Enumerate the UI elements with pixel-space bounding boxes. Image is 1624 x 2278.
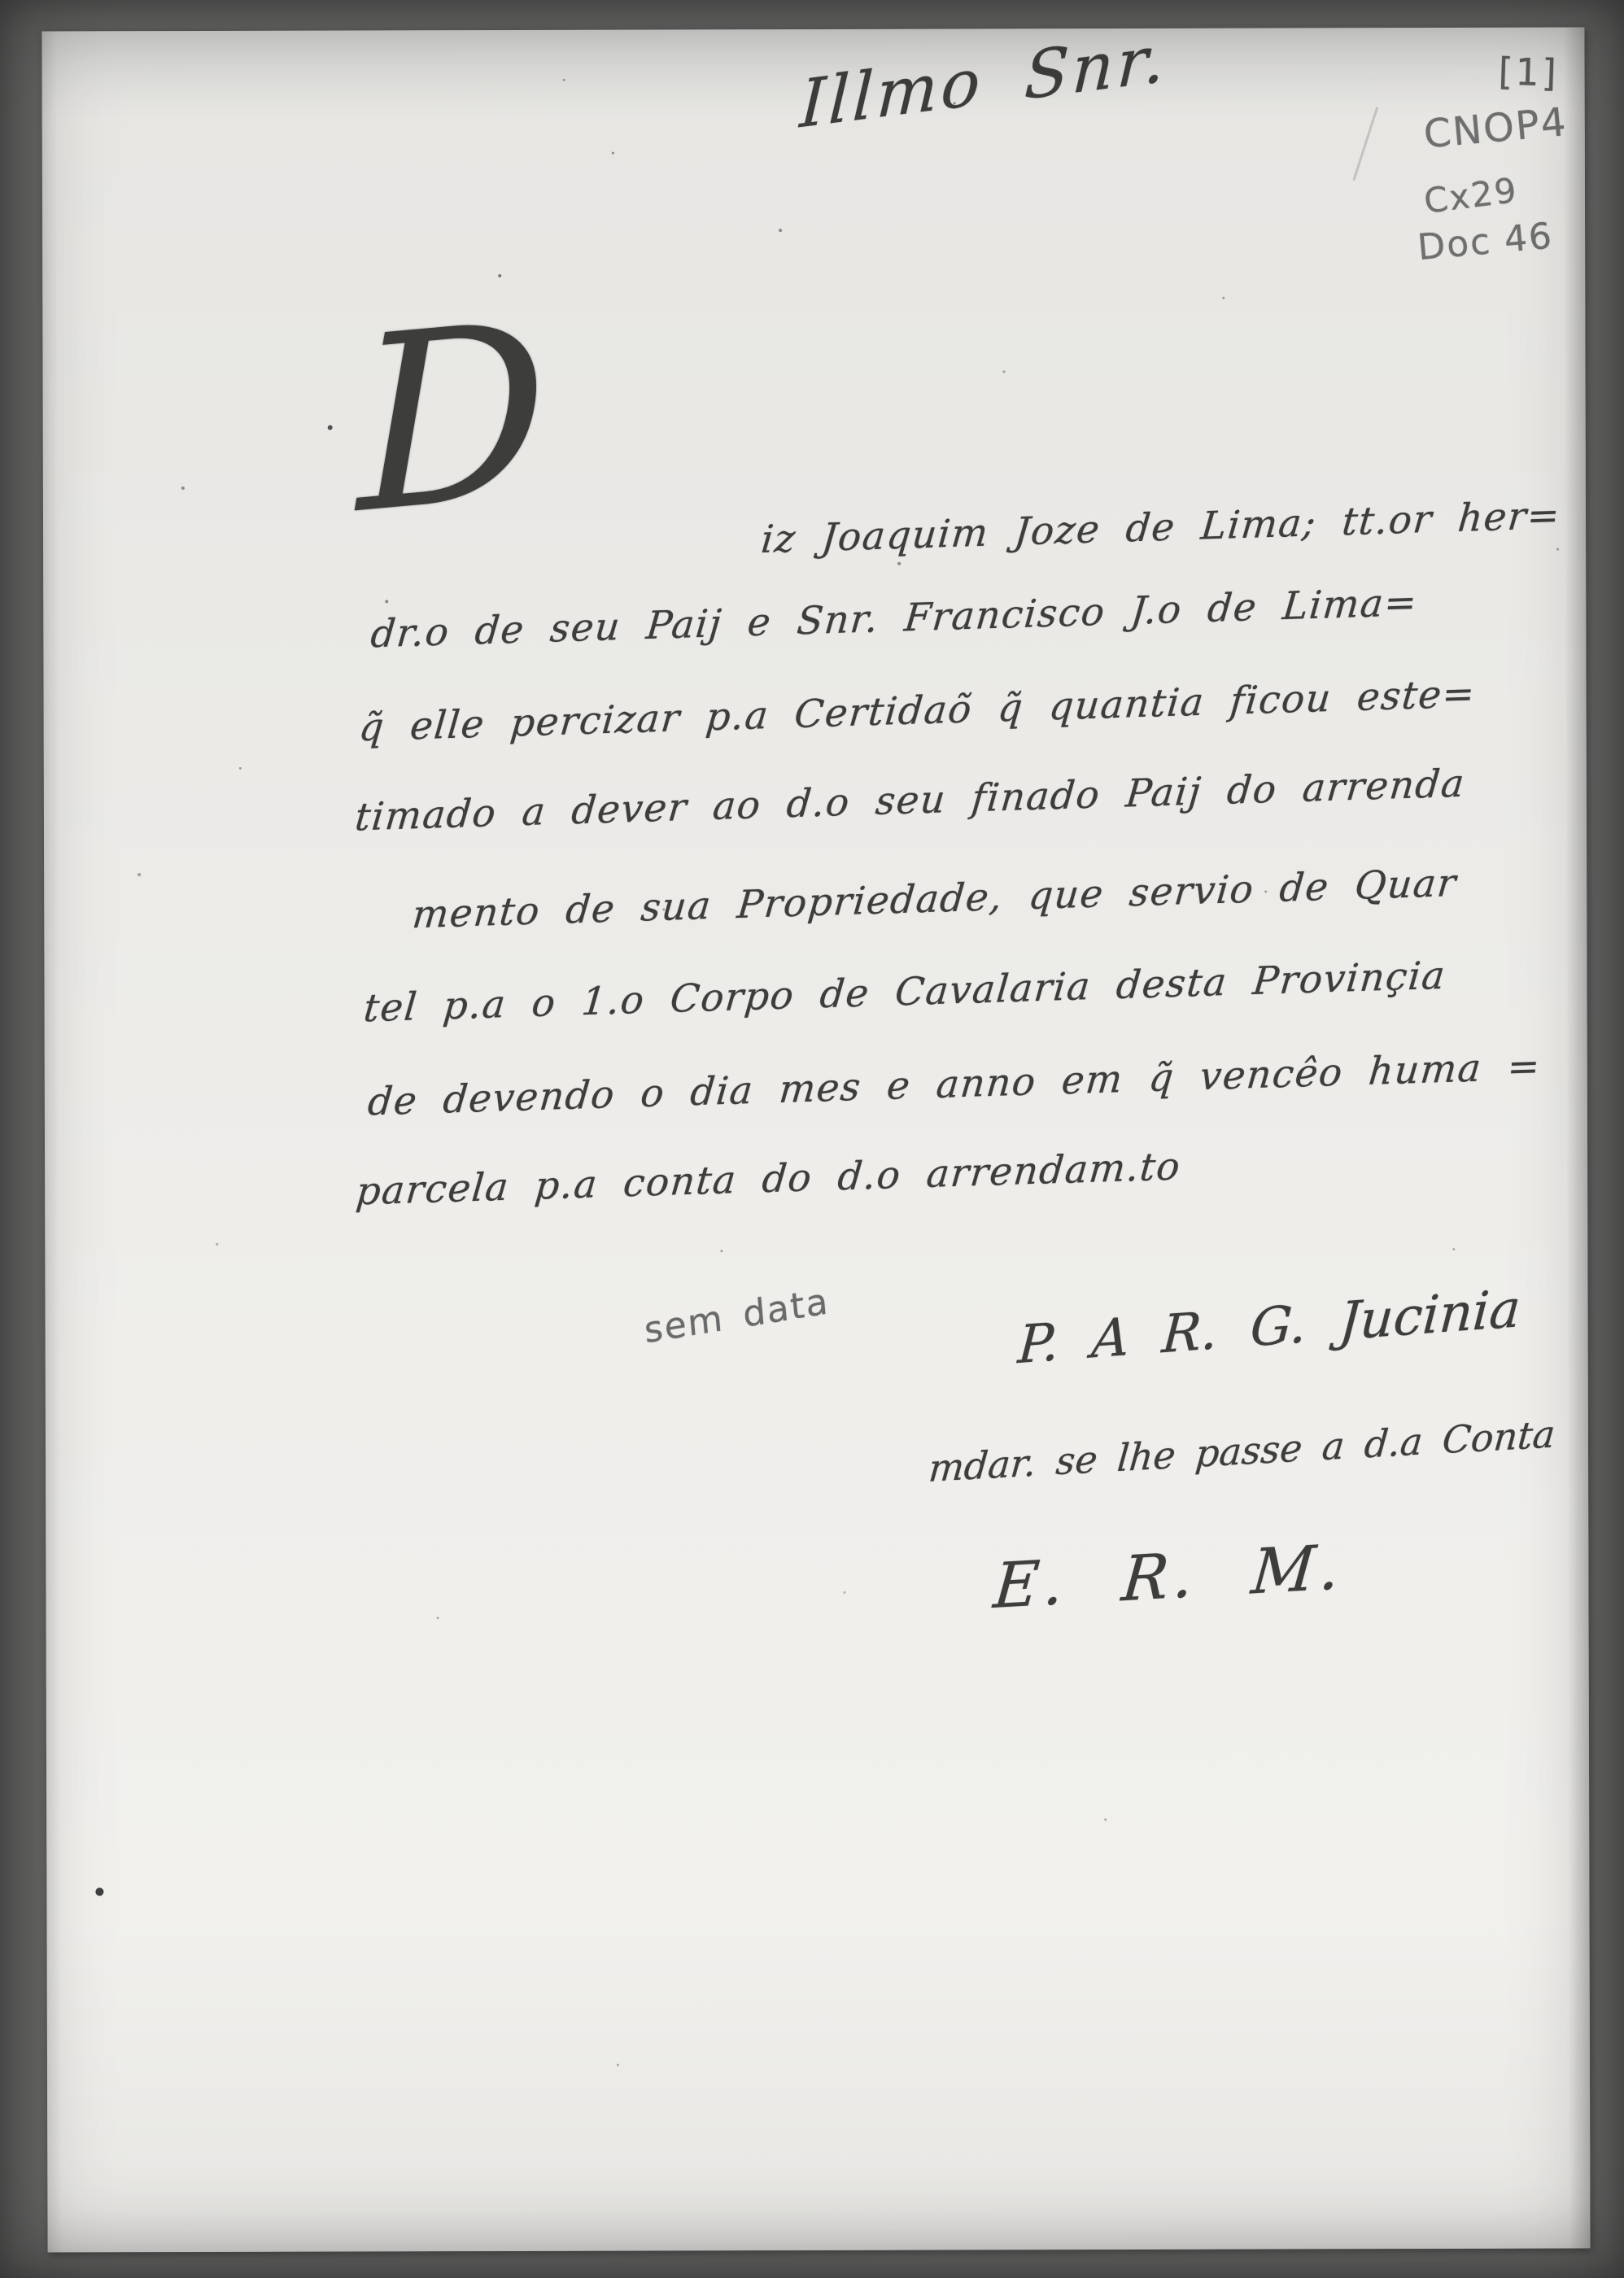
- paper-speck: [95, 1887, 103, 1896]
- no-date-annotation: sem data: [643, 1281, 832, 1351]
- paper-speck: [1222, 297, 1225, 299]
- pencil-stroke: [1352, 107, 1378, 181]
- paper-speck: [1264, 891, 1267, 893]
- paper-speck: [662, 908, 665, 910]
- paper: Illmo Snr. [1] CNOP4 Cx29 Doc 46 D iz Jo…: [41, 28, 1590, 2253]
- paper-speck: [1452, 1248, 1455, 1250]
- paper-speck: [1104, 1818, 1107, 1821]
- archival-box-number: Cx29: [1421, 170, 1520, 221]
- petition-formula: P. A R. G. Jucinia: [1016, 1279, 1522, 1376]
- letter-body: iz Joaquim Joze de Lima; tt.or her= dr.o…: [41, 28, 1584, 32]
- paper-speck: [328, 425, 333, 430]
- paper-speck: [897, 562, 901, 565]
- paper-speck: [498, 274, 501, 277]
- paper-speck: [617, 2064, 619, 2066]
- paper-speck: [385, 600, 388, 603]
- body-line: tel p.a o 1.o Corpo de Cavalaria desta P…: [362, 954, 1448, 1032]
- paper-speck: [1003, 370, 1006, 373]
- paper-speck: [216, 1243, 218, 1246]
- document-scan: Illmo Snr. [1] CNOP4 Cx29 Doc 46 D iz Jo…: [0, 0, 1624, 2278]
- salutation: Illmo Snr.: [798, 20, 1170, 142]
- paper-speck: [612, 152, 614, 155]
- paper-speck: [138, 873, 141, 876]
- paper-speck: [720, 1250, 723, 1252]
- paper-speck: [779, 229, 782, 232]
- body-line: timado a dever ao d.o seu finado Paij do…: [353, 762, 1467, 840]
- body-line: de devendo o dia mes e anno em q̃ vencêo…: [366, 1044, 1543, 1124]
- paper-speck: [1556, 548, 1559, 551]
- body-line: dr.o de seu Paij e Snr. Francisco J.o de…: [369, 580, 1419, 657]
- archival-doc-number: Doc 46: [1416, 215, 1555, 268]
- body-line: mento de sua Propriedade, que servio de …: [410, 861, 1459, 937]
- paper-speck: [1362, 695, 1364, 697]
- paper-speck: [437, 1617, 439, 1619]
- body-line: iz Joaquim Joze de Lima; tt.or her=: [759, 493, 1562, 562]
- closing-line: mdar. se lhe passe a d.a Conta: [927, 1412, 1556, 1490]
- paper-speck: [563, 79, 565, 81]
- paper-speck: [843, 1591, 845, 1594]
- archival-page-number: [1]: [1498, 50, 1560, 95]
- paper-speck: [954, 103, 956, 105]
- body-line: q̃ elle percizar p.a Certidaõ q̃ quantia…: [357, 671, 1478, 750]
- body-line: parcela p.a conta do d.o arrendam.to: [354, 1144, 1182, 1214]
- archival-code: CNOP4: [1422, 99, 1569, 158]
- paper-speck: [181, 487, 185, 490]
- drop-cap-initial: D: [354, 290, 551, 548]
- paper-speck: [239, 767, 242, 770]
- courtesy-formula: E. R. M.: [991, 1530, 1347, 1622]
